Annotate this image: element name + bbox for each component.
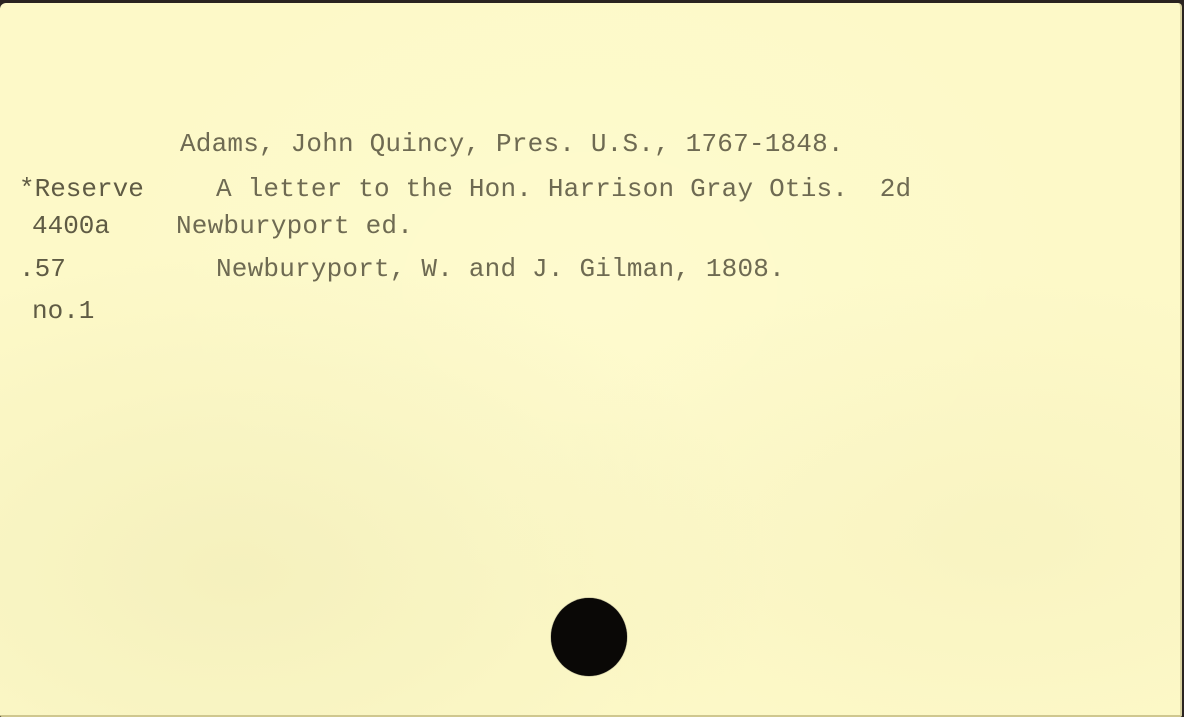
title-line: A letter to the Hon. Harrison Gray Otis.… — [216, 176, 911, 202]
punch-hole — [551, 598, 627, 676]
edition-line: Newburyport ed. — [176, 213, 413, 239]
catalog-card: Adams, John Quincy, Pres. U.S., 1767-184… — [0, 3, 1182, 717]
call-number-reserve: *Reserve — [19, 176, 144, 202]
author-heading: Adams, John Quincy, Pres. U.S., 1767-184… — [180, 131, 844, 157]
imprint-line: Newburyport, W. and J. Gilman, 1808. — [216, 256, 785, 282]
call-number-volume: no.1 — [32, 298, 94, 324]
call-number-cutter: .57 — [19, 256, 66, 282]
call-number-class: 4400a — [32, 213, 110, 239]
